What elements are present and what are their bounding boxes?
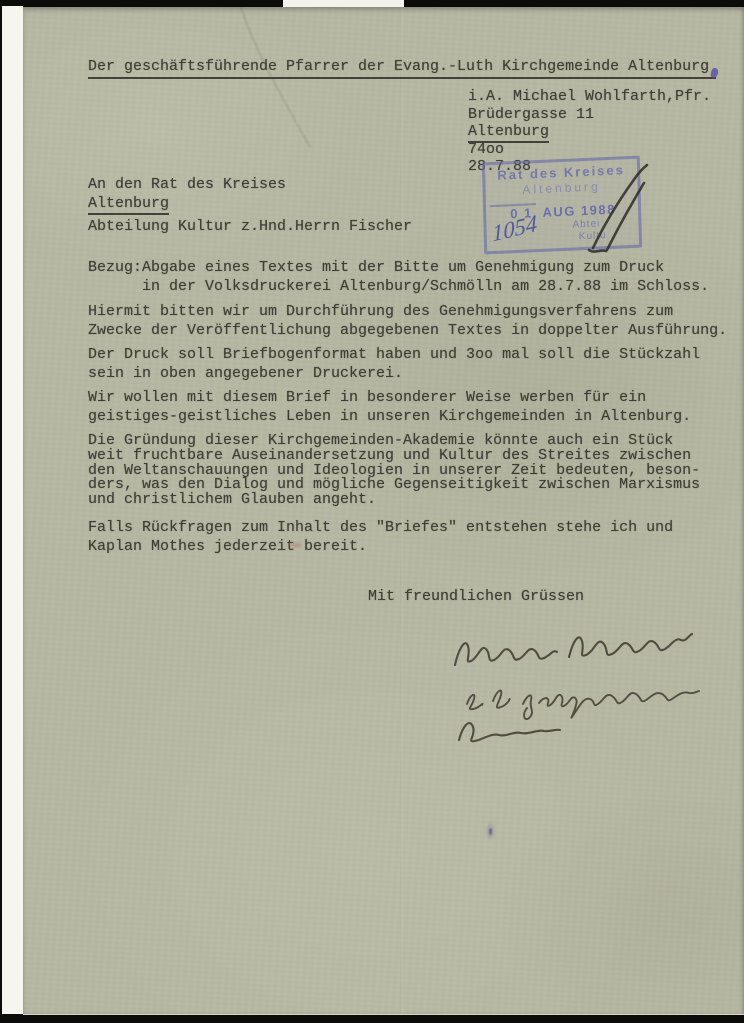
signature-title-line [459,723,560,741]
signature-function-line [467,690,699,719]
body-paragraph: Wir wollen mit diesem Brief in besondere… [88,388,691,426]
stamp-handwritten-number: 1054 [491,211,537,248]
sender-street: Brüdergasse 11 [468,106,711,124]
sender-name: i.A. Michael Wohlfarth,Pfr. [468,88,711,106]
scan-edge-left [2,6,23,1014]
violet-ink-dot [710,67,719,78]
letterhead-text: Der geschäftsführende Pfarrer der Evang.… [88,57,716,79]
signature-name [455,634,692,665]
sender-postcode: 74oo [468,141,711,159]
recipient-city: Altenburg [88,195,169,215]
subject-line: Bezug:Abgabe eines Textes mit der Bitte … [88,258,709,296]
recipient-line: An den Rat des Kreises [88,176,286,195]
letterhead: Der geschäftsführende Pfarrer der Evang.… [88,57,716,79]
scan-edge-top [283,0,404,7]
stamp-department-line1: Abtei [572,218,600,230]
receipt-date-stamp: Rat des Kreises Altenburg 0 1. AUG 1988 … [482,156,642,255]
recipient-department: Abteilung Kultur z.Hnd.Herrn Fischer [88,217,412,236]
body-paragraph: Die Gründung dieser Kirchgemeinden-Akade… [88,434,700,508]
closing-salutation: Mit freundlichen Grüssen [368,587,584,606]
body-paragraph: Falls Rückfragen zum Inhalt des "Briefes… [88,518,673,556]
vertical-fold-crease [400,7,403,1014]
recipient-block: An den Rat des KreisesAltenburg [88,176,286,213]
body-paragraph: Der Druck soll Briefbogenformat haben un… [88,345,700,383]
purple-ink-smudge [485,821,496,841]
body-paragraph: Hiermit bitten wir um Durchführung des G… [88,302,727,340]
stamp-department-line2: Kultu [579,230,607,242]
letter-paper: Der geschäftsführende Pfarrer der Evang.… [23,7,744,1014]
red-ink-smudge [288,541,304,549]
scanned-letter: Der geschäftsführende Pfarrer der Evang.… [0,0,744,1023]
